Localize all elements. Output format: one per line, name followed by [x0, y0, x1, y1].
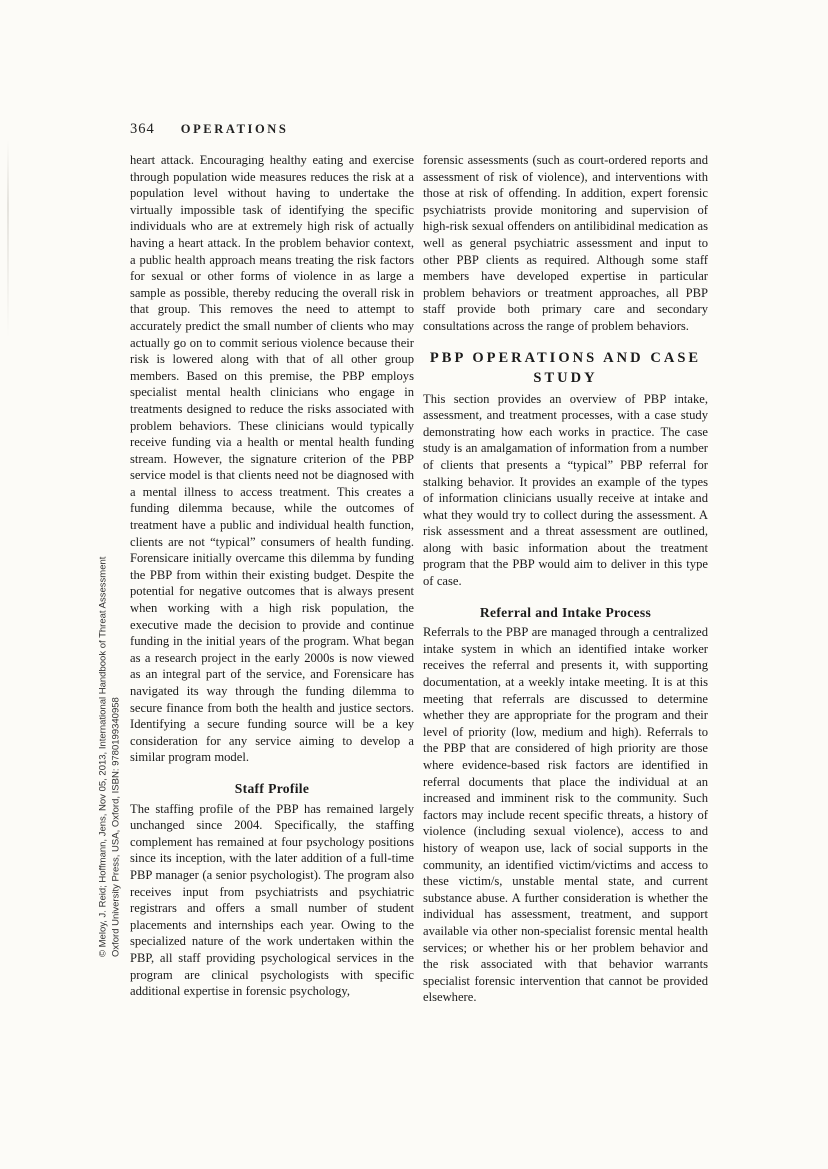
citation-line-1: © Meloy, J. Reid; Hoffmann, Jens, Nov 05… [98, 487, 111, 957]
body-paragraph-heart-attack: heart attack. Encouraging healthy eating… [130, 152, 414, 766]
body-paragraph-forensic-assessments: forensic assessments (such as court-orde… [423, 152, 708, 335]
left-text-column: heart attack. Encouraging healthy eating… [130, 152, 414, 1000]
citation-line-2: Oxford University Press, USA, Oxford, IS… [110, 487, 123, 957]
body-paragraph-referral-intake: Referrals to the PBP are managed through… [423, 624, 708, 1006]
section-heading-pbp-operations-case-study: PBP OPERATIONS AND CASE STUDY [423, 348, 708, 388]
book-page: 364OPERATIONS © Meloy, J. Reid; Hoffmann… [0, 0, 828, 1169]
page-number: 364 [130, 121, 155, 137]
copyright-citation: © Meloy, J. Reid; Hoffmann, Jens, Nov 05… [98, 487, 123, 957]
scan-artifact [7, 140, 9, 360]
body-paragraph-section-overview: This section provides an overview of PBP… [423, 391, 708, 590]
running-header: 364OPERATIONS [130, 120, 710, 138]
body-paragraph-staff-profile: The staffing profile of the PBP has rema… [130, 801, 414, 1000]
subsection-heading-staff-profile: Staff Profile [130, 781, 414, 798]
right-text-column: forensic assessments (such as court-orde… [423, 152, 708, 1006]
subsection-heading-referral-intake-process: Referral and Intake Process [423, 605, 708, 622]
running-head-title: OPERATIONS [181, 122, 289, 136]
